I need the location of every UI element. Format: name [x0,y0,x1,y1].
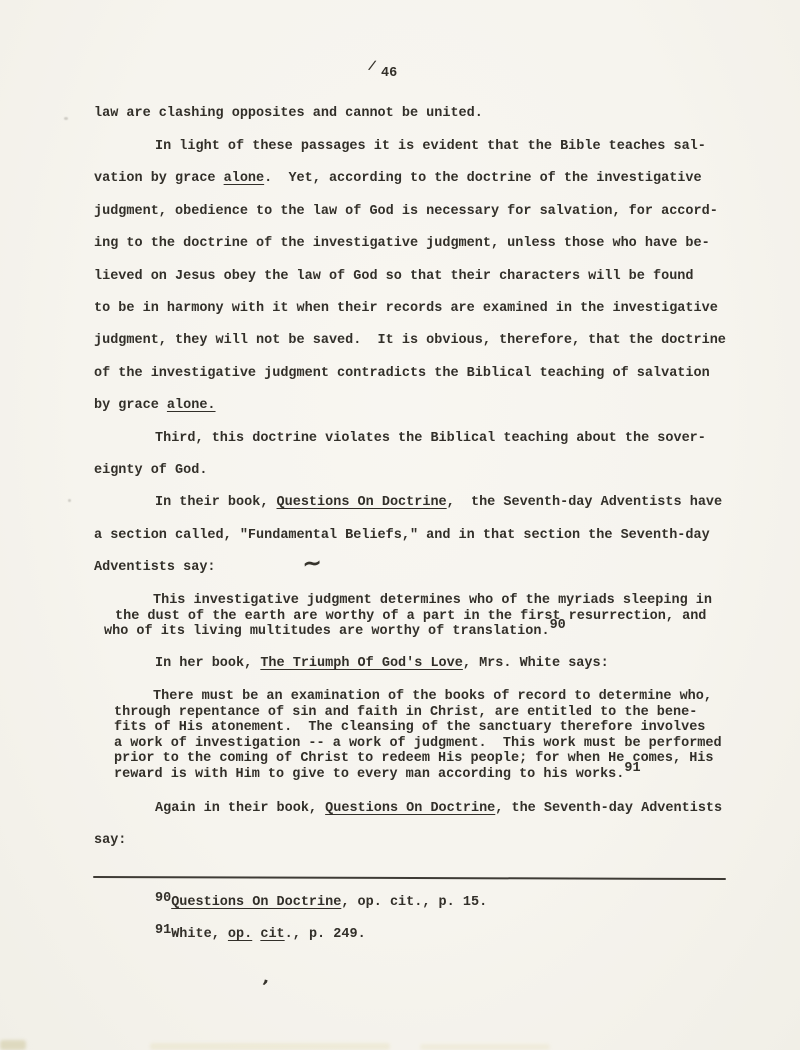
text-segment: , the Seventh-day Adventists have [447,495,722,510]
text-segment: eignty of God. [94,463,207,478]
text-segment: reward is with Him to give to every man … [114,767,624,782]
text-segment: This investigative judgment determines w… [153,593,712,608]
stray-tilde-mark: ∼ [301,550,323,576]
text-segment: ., p. 249. [285,927,366,942]
text-segment: ing to the doctrine of the investigative… [94,236,710,251]
underlined-text: alone. [167,398,216,413]
underlined-text: op. [228,927,252,942]
text-line: 90Questions On Doctrine, op. cit., p. 15… [155,896,487,910]
text-segment: a section called, "Fundamental Beliefs,"… [94,528,710,543]
text-segment: , Mrs. White says: [463,656,609,671]
text-line: Again in their book, Questions On Doctri… [155,802,722,816]
text-line: judgment, they will not be saved. It is … [94,334,726,348]
underlined-text: cit [260,927,284,942]
document-page: 46 law are clashing opposites and cannot… [0,0,800,1050]
text-line: to be in harmony with it when their reco… [94,302,718,316]
text-segment: , op. cit., p. 15. [341,895,487,910]
text-line: Third, this doctrine violates the Biblic… [155,432,706,446]
text-line: Adventists say: [94,561,216,575]
text-line: a section called, "Fundamental Beliefs,"… [94,529,710,543]
text-line: the dust of the earth are worthy of a pa… [115,610,706,624]
text-segment: There must be an examination of the book… [153,689,712,704]
text-segment: In their book, [155,495,277,510]
text-line: ing to the doctrine of the investigative… [94,237,710,251]
text-segment: Again in their book, [155,801,325,816]
text-line: eignty of God. [94,464,207,478]
text-line: In light of these passages it is evident… [155,140,706,154]
underlined-text: Questions On Doctrine [277,495,447,510]
text-segment: lieved on Jesus obey the law of God so t… [94,269,694,284]
footnote-reference: 90 [550,618,566,633]
text-segment: , the Seventh-day Adventists [495,801,722,816]
text-segment: judgment, obedience to the law of God is… [94,204,718,219]
scan-smudge [0,1040,26,1050]
text-segment: a work of investigation -- a work of jud… [114,736,722,751]
underlined-text: The Triumph Of God's Love [260,656,463,671]
text-segment: In light of these passages it is evident… [155,139,706,154]
text-segment: by grace [94,398,167,413]
stray-tick-mark: ⁄ [370,60,374,73]
scan-smudge [150,1043,390,1050]
text-line: fits of His atonement. The cleansing of … [114,721,705,735]
text-segment: through repentance of sin and faith in C… [114,705,697,720]
text-segment: . Yet, according to the doctrine of the … [264,171,701,186]
text-segment: say: [94,833,126,848]
text-line: In her book, The Triumph Of God's Love, … [155,657,609,671]
text-line: judgment, obedience to the law of God is… [94,205,718,219]
text-line: There must be an examination of the book… [153,690,712,704]
text-segment: the dust of the earth are worthy of a pa… [115,609,706,624]
text-line: say: [94,834,126,848]
footnote-reference: 91 [624,761,640,776]
text-line: In their book, Questions On Doctrine, th… [155,496,722,510]
text-segment: In her book, [155,656,260,671]
text-line: who of its living multitudes are worthy … [104,625,566,639]
underlined-text: Questions On Doctrine [325,801,495,816]
footnote-separator [93,876,726,880]
text-segment: who of its living multitudes are worthy … [104,624,550,639]
text-segment: White, [171,927,228,942]
text-segment: fits of His atonement. The cleansing of … [114,720,705,735]
underlined-text: Questions On Doctrine [171,895,341,910]
page-number: 46 [381,66,397,81]
text-segment: to be in harmony with it when their reco… [94,301,718,316]
scan-speck [64,117,68,120]
text-line: law are clashing opposites and cannot be… [94,107,483,121]
text-segment: Adventists say: [94,560,216,575]
footnote-reference: 90 [155,891,171,906]
text-line: lieved on Jesus obey the law of God so t… [94,270,694,284]
text-segment: Third, this doctrine violates the Biblic… [155,431,706,446]
text-line: reward is with Him to give to every man … [114,768,641,782]
footnote-reference: 91 [155,923,171,938]
text-line: vation by grace alone. Yet, according to… [94,172,702,186]
text-segment: vation by grace [94,171,224,186]
text-line: a work of investigation -- a work of jud… [114,737,722,751]
stray-apostrophe-mark: ’ [259,978,269,996]
text-line: 91White, op. cit., p. 249. [155,928,366,942]
scan-speck [68,499,71,502]
text-segment: judgment, they will not be saved. It is … [94,333,726,348]
underlined-text: alone [224,171,265,186]
text-line: This investigative judgment determines w… [153,594,712,608]
text-line: of the investigative judgment contradict… [94,367,710,381]
text-line: by grace alone. [94,399,216,413]
text-line: through repentance of sin and faith in C… [114,706,697,720]
text-segment: law are clashing opposites and cannot be… [94,106,483,121]
scan-smudge [420,1044,550,1050]
text-segment: of the investigative judgment contradict… [94,366,710,381]
